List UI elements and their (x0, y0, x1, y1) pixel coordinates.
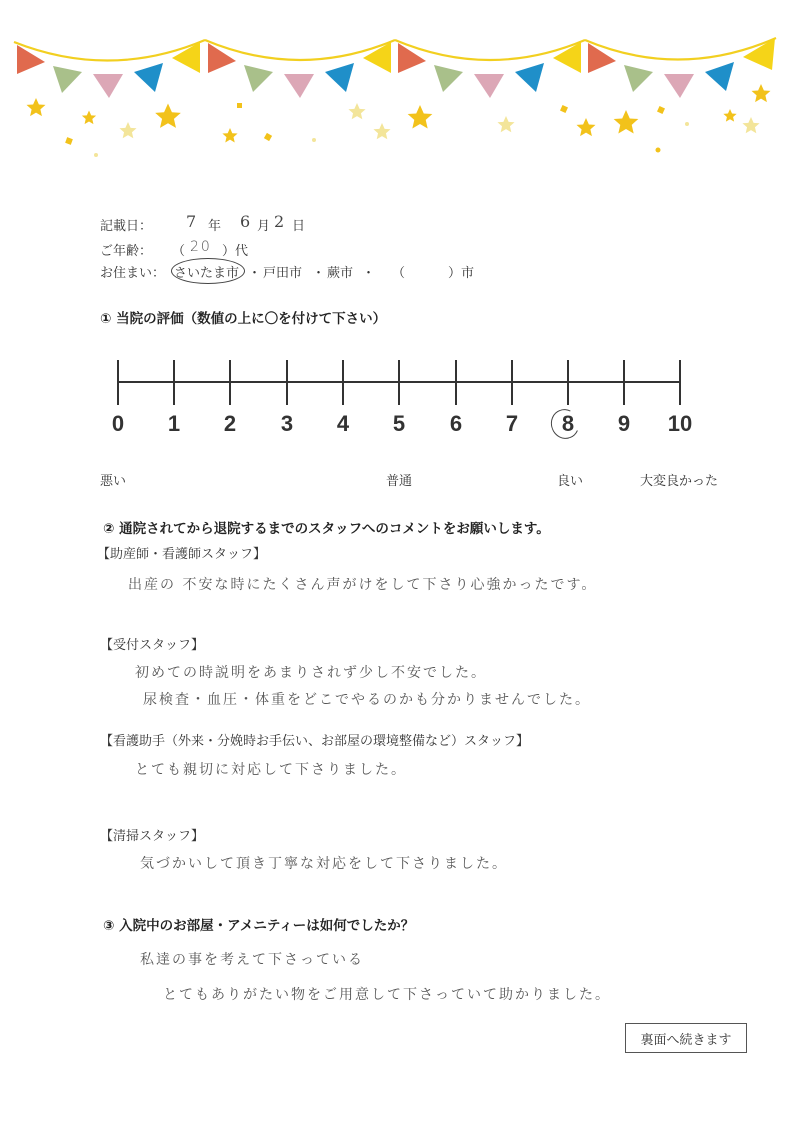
age-value[interactable]: 20 (190, 239, 212, 255)
rating-option-10[interactable]: 10 (668, 411, 692, 437)
stars (27, 84, 771, 153)
tick-4 (342, 360, 344, 405)
year-value[interactable]: 7 (186, 212, 196, 231)
rating-option-9[interactable]: 9 (618, 411, 630, 437)
scale-label-normal: 普通 (386, 470, 412, 489)
rating-option-0[interactable]: 0 (112, 411, 124, 437)
age-label: ご年齢： (100, 240, 152, 259)
day-unit: 日 (292, 215, 305, 234)
tick-8 (567, 360, 569, 405)
separator: ・ (362, 262, 375, 281)
rating-option-7[interactable]: 7 (506, 411, 518, 437)
comment-reception-2[interactable]: 尿検査・血圧・体重をどこでやるのかも分かりませんでした。 (143, 689, 591, 709)
rating-option-2[interactable]: 2 (224, 411, 236, 437)
month-unit: 月 (257, 215, 270, 234)
age-close-paren: ）代 (222, 240, 248, 259)
residence-option-toda[interactable]: 戸田市 (263, 262, 302, 281)
day-value[interactable]: 2 (274, 212, 284, 231)
residence-label: お住まい： (100, 262, 165, 281)
rating-option-5[interactable]: 5 (393, 411, 405, 437)
tick-5 (398, 360, 400, 405)
group-label-reception: 【受付スタッフ】 (100, 634, 204, 653)
comment-room-2[interactable]: とてもありがたい物をご用意して下さっていて助かりました。 (163, 984, 611, 1004)
separator: ・ (248, 262, 261, 281)
month-value[interactable]: 6 (240, 212, 250, 231)
scale-label-very-good: 大変良かった (640, 470, 718, 489)
separator: ・ (312, 262, 325, 281)
group-label-midwife-nurse: 【助産師・看護師スタッフ】 (97, 543, 266, 562)
continue-on-back-box: 裏面へ続きます (625, 1023, 747, 1053)
tick-2 (229, 360, 231, 405)
rating-option-3[interactable]: 3 (281, 411, 293, 437)
residence-option-warabi[interactable]: 蕨市 (327, 262, 353, 281)
tick-3 (286, 360, 288, 405)
group-label-cleaning: 【清掃スタッフ】 (100, 825, 204, 844)
group-label-nursing-assistant: 【看護助手（外来・分娩時お手伝い、お部屋の環境整備など）スタッフ】 (100, 730, 529, 749)
section1-title: ① 当院の評価（数値の上に〇を付けて下さい） (100, 307, 386, 327)
bunting-flags-4 (588, 38, 775, 98)
residence-other-open[interactable]: （ (392, 262, 405, 281)
comment-room-1[interactable]: 私達の事を考えて下さっている (140, 949, 364, 969)
comment-nursing-assistant[interactable]: とても親切に対応して下さりました。 (135, 759, 407, 779)
date-label: 記載日： (100, 215, 152, 234)
residence-other-close: ）市 (448, 262, 474, 281)
tick-7 (511, 360, 513, 405)
comment-cleaning[interactable]: 気づかいして頂き丁寧な対応をして下さりました。 (140, 853, 508, 873)
residence-selected-circle (171, 258, 245, 284)
year-unit: 年 (208, 215, 221, 234)
tick-6 (455, 360, 457, 405)
rating-selected-circle (547, 405, 584, 443)
bunting-banner (0, 0, 800, 170)
age-open-paren: （ (172, 240, 185, 259)
section3-title: ③ 入院中のお部屋・アメニティーは如何でしたか？ (103, 914, 414, 934)
rating-option-4[interactable]: 4 (337, 411, 349, 437)
section2-title: ② 通院されてから退院するまでのスタッフへのコメントをお願いします。 (103, 517, 550, 537)
tick-10 (679, 360, 681, 405)
continue-label: 裏面へ続きます (640, 1029, 731, 1048)
comment-reception-1[interactable]: 初めての時説明をあまりされず少し不安でした。 (135, 662, 487, 682)
scale-label-bad: 悪い (100, 470, 126, 489)
scale-label-good: 良い (557, 470, 583, 489)
rating-option-1[interactable]: 1 (168, 411, 180, 437)
tick-9 (623, 360, 625, 405)
tick-0 (117, 360, 119, 405)
tick-1 (173, 360, 175, 405)
rating-option-6[interactable]: 6 (450, 411, 462, 437)
bunting-string (14, 38, 776, 61)
comment-midwife-nurse[interactable]: 出産の 不安な時にたくさん声がけをして下さり心強かったです。 (128, 574, 597, 594)
